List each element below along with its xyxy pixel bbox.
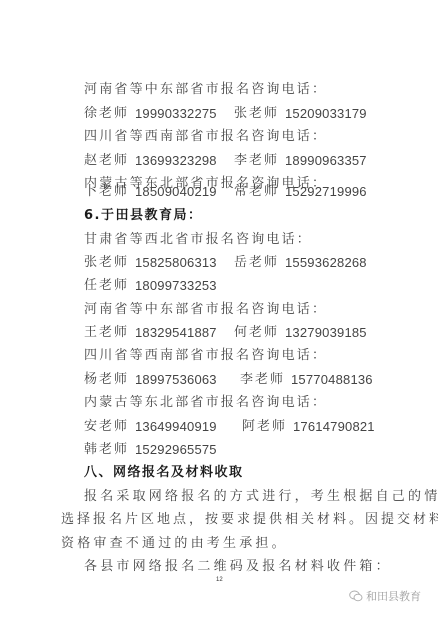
region-header: 四川省等西南部省市报名咨询电话：	[84, 348, 327, 364]
section-subheading: 6.于田县教育局：	[84, 208, 202, 224]
document-page: 河南省等中东部省市报名咨询电话： 徐老师 19990332275 张老师 152…	[0, 0, 438, 619]
contact-name: 阿老师	[242, 419, 287, 435]
contact-phone: 13279039185	[285, 325, 367, 341]
contact-name: 常老师	[234, 184, 279, 200]
contact-phone: 13699323298	[135, 153, 217, 169]
contact-phone: 19990332275	[135, 106, 217, 122]
contact-name: 何老师	[234, 325, 279, 341]
contact-phone: 15292719996	[285, 184, 367, 200]
contact-name: 卜老师	[84, 184, 129, 200]
contact-phone: 18990963357	[285, 153, 367, 169]
page-number: 12	[216, 577, 223, 583]
wechat-icon	[349, 590, 363, 602]
contact-name: 徐老师	[84, 106, 129, 122]
contact-phone: 18329541887	[135, 325, 217, 341]
contact-name: 赵老师	[84, 153, 129, 169]
watermark-text: 和田县教育	[366, 588, 421, 604]
contact-phone: 15292965575	[135, 442, 217, 458]
contact-phone: 17614790821	[293, 419, 375, 435]
paragraph-line: 选择报名片区地点，按要求提供相关材料。因提交材料不全，	[61, 512, 438, 528]
region-header: 四川省等西南部省市报名咨询电话：	[84, 129, 327, 145]
contact-name: 任老师	[84, 278, 129, 294]
contact-name: 安老师	[84, 419, 129, 435]
contact-phone: 15593628268	[285, 255, 367, 271]
region-header: 河南省等中东部省市报名咨询电话：	[84, 302, 327, 318]
contact-name: 王老师	[84, 325, 129, 341]
paragraph-line: 报名采取网络报名的方式进行，考生根据自己的情况自行	[84, 489, 438, 505]
region-header: 河南省等中东部省市报名咨询电话：	[84, 82, 327, 98]
contact-phone: 15770488136	[291, 372, 373, 388]
region-header: 内蒙古等东北部省市报名咨询电话：	[84, 395, 327, 411]
contact-name: 韩老师	[84, 442, 129, 458]
contact-phone: 15825806313	[135, 255, 217, 271]
region-header: 甘肃省等西北省市报名咨询电话：	[84, 232, 312, 248]
contact-name: 李老师	[234, 153, 279, 169]
section-heading: 八、网络报名及材料收取	[84, 465, 244, 481]
contact-phone: 13649940919	[135, 419, 217, 435]
contact-phone: 18997536063	[135, 372, 217, 388]
contact-name: 李老师	[240, 372, 285, 388]
contact-phone: 18509040219	[135, 184, 217, 200]
contact-phone: 18099733253	[135, 278, 217, 294]
closing-line: 各县市网络报名二维码及报名材料收件箱：	[84, 559, 392, 575]
watermark: 和田县教育	[349, 588, 421, 604]
contact-phone: 15209033179	[285, 106, 367, 122]
contact-name: 杨老师	[84, 372, 129, 388]
contact-name: 岳老师	[234, 255, 279, 271]
contact-name: 张老师	[84, 255, 129, 271]
paragraph-line: 资格审查不通过的由考生承担。	[61, 536, 288, 552]
contact-name: 张老师	[234, 106, 279, 122]
